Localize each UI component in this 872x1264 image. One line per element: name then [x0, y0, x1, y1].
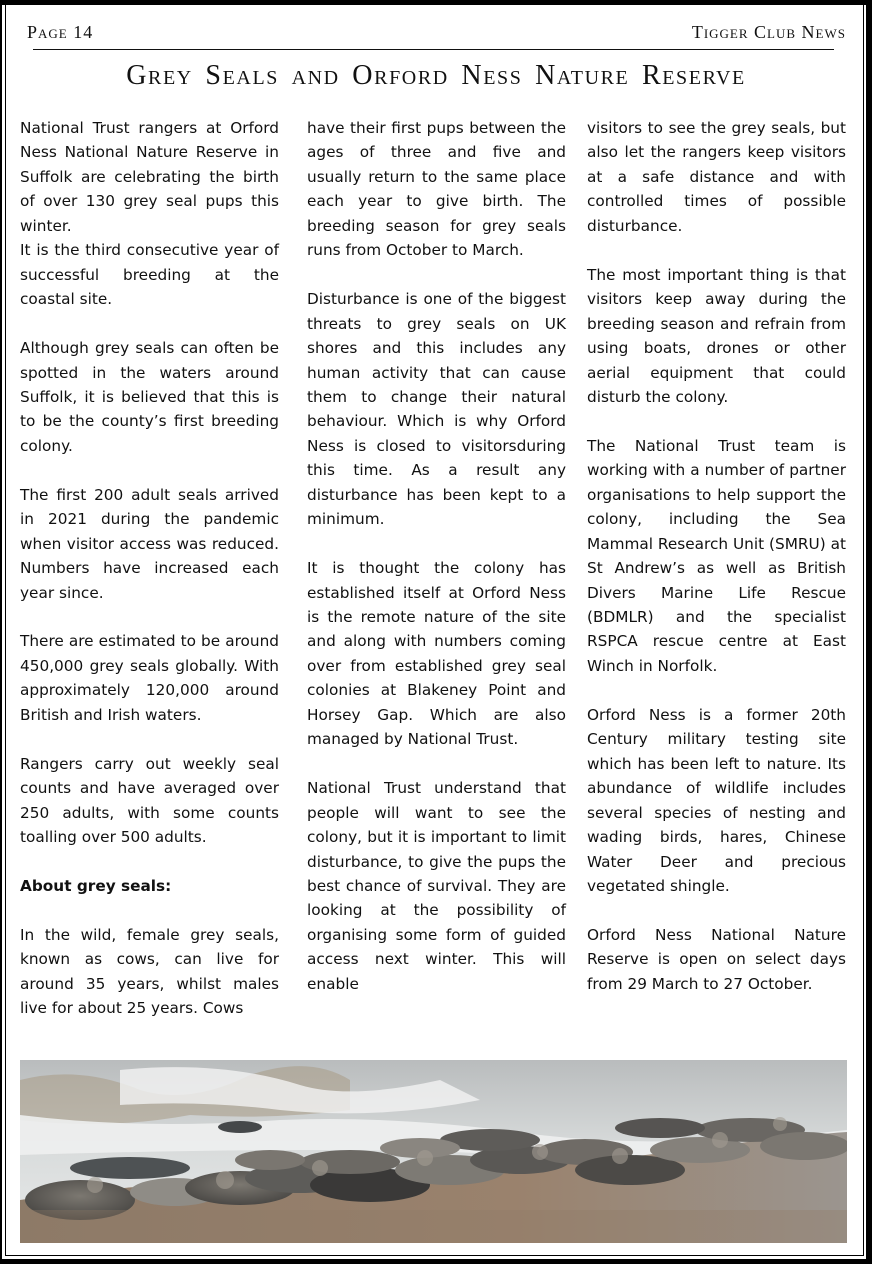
running-header: Page 14 Tigger Club News [27, 22, 846, 44]
article-column-2: have their first pups between the ages o… [307, 116, 566, 996]
paragraph: Orford Ness is a former 20th Century mil… [587, 703, 846, 899]
paragraph: It is the third consecutive year of succ… [20, 238, 279, 311]
paragraph: There are estimated to be around 450,000… [20, 629, 279, 727]
publication-name: Tigger Club News [692, 22, 846, 43]
seal-beach-illustration [20, 1060, 847, 1243]
paragraph: The National Trust team is working with … [587, 434, 846, 679]
paragraph: Although grey seals can often be spotted… [20, 336, 279, 458]
page-number: Page 14 [27, 22, 93, 43]
subheading: About grey seals: [20, 874, 279, 898]
paragraph: National Trust rangers at Orford Ness Na… [20, 116, 279, 238]
paragraph: The most important thing is that visitor… [587, 263, 846, 410]
article-column-3: visitors to see the grey seals, but also… [587, 116, 846, 996]
paragraph: In the wild, female grey seals, known as… [20, 923, 279, 1021]
paragraph: have their first pups between the ages o… [307, 116, 566, 263]
article-title: Grey Seals and Orford Ness Nature Reserv… [0, 60, 872, 92]
paragraph: The first 200 adult seals arrived in 202… [20, 483, 279, 605]
paragraph: It is thought the colony has established… [307, 556, 566, 752]
grey-seals-photo [20, 1060, 847, 1243]
paragraph: visitors to see the grey seals, but also… [587, 116, 846, 238]
header-rule [33, 49, 834, 50]
article-column-1: National Trust rangers at Orford Ness Na… [20, 116, 279, 1021]
paragraph: Disturbance is one of the biggest threat… [307, 287, 566, 532]
paragraph: Rangers carry out weekly seal counts and… [20, 752, 279, 850]
paragraph: National Trust understand that people wi… [307, 776, 566, 996]
paragraph: Orford Ness National Nature Reserve is o… [587, 923, 846, 996]
